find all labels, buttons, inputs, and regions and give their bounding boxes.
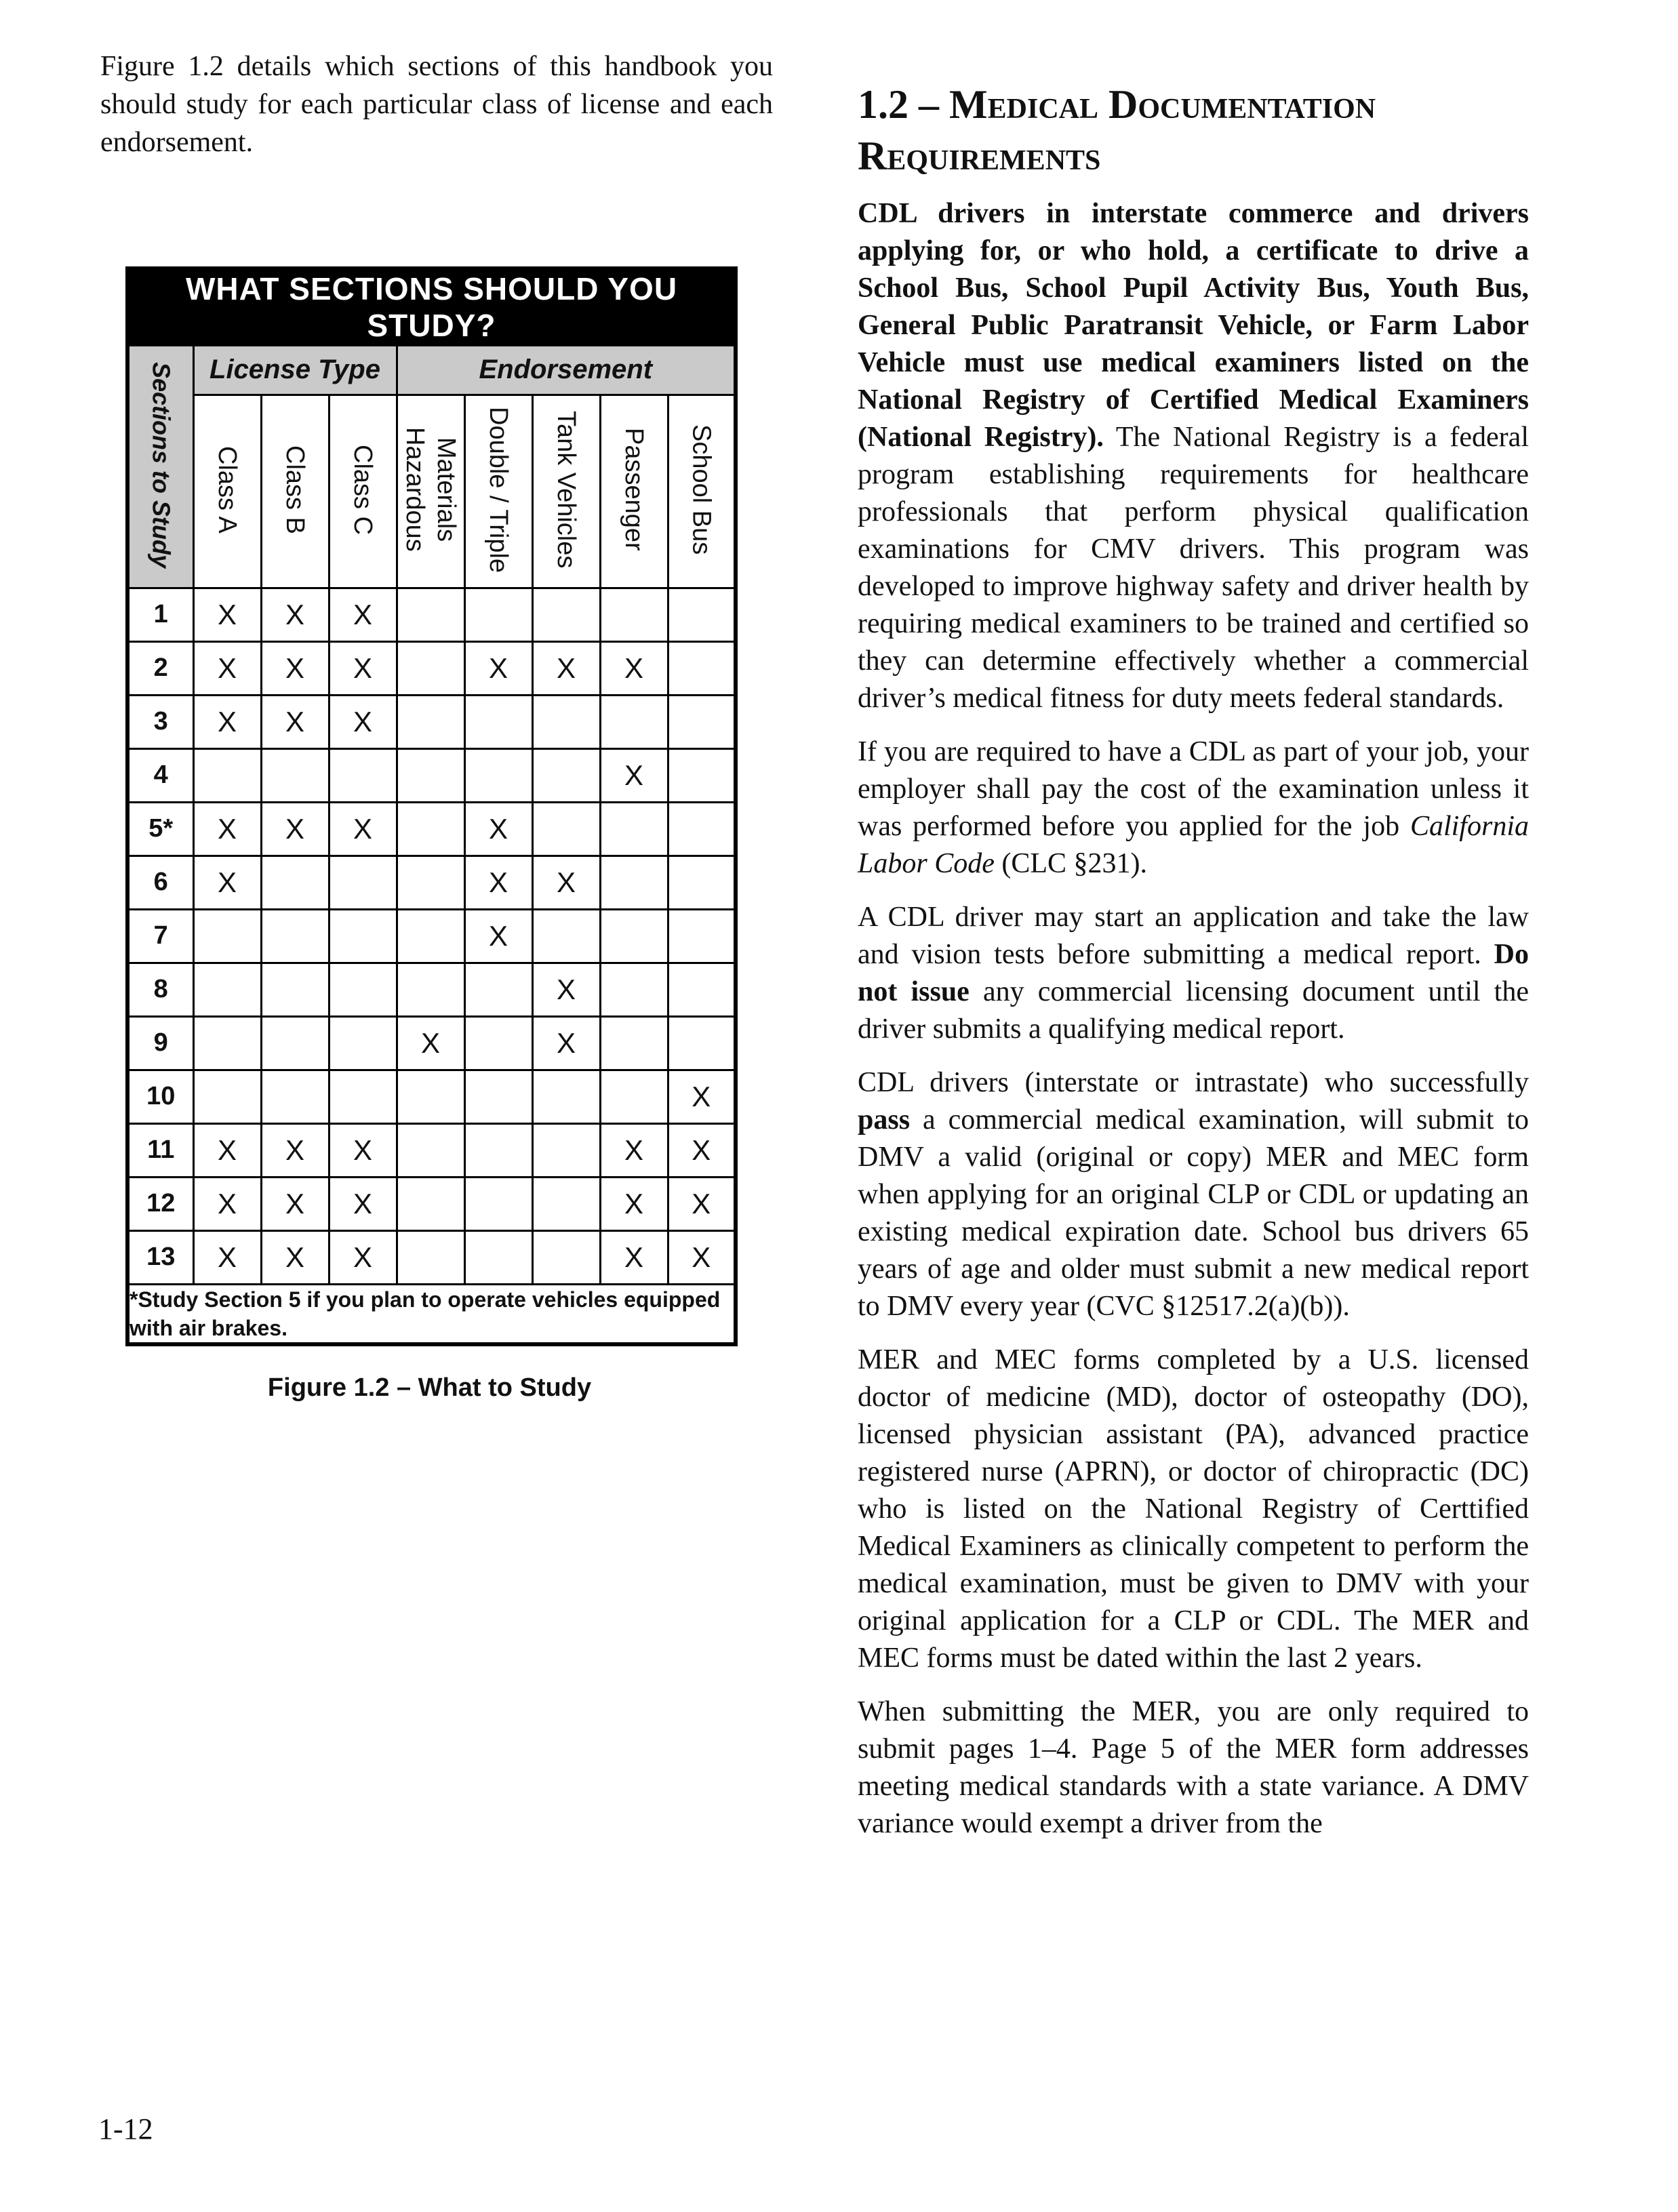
column-label: Class C	[347, 445, 378, 535]
empty-cell	[668, 641, 736, 695]
section-number: 10	[127, 1070, 193, 1123]
empty-cell	[193, 1070, 261, 1123]
table-row: 4X	[127, 748, 736, 802]
study-mark-cell: X	[532, 1016, 600, 1070]
empty-cell	[532, 748, 600, 802]
empty-cell	[668, 588, 736, 641]
empty-cell	[668, 748, 736, 802]
empty-cell	[397, 748, 464, 802]
empty-cell	[668, 802, 736, 856]
section-number: 11	[127, 1123, 193, 1177]
table-row: 12XXXXX	[127, 1177, 736, 1230]
study-mark-cell: X	[668, 1123, 736, 1177]
empty-cell	[397, 1123, 464, 1177]
study-mark-cell: X	[193, 641, 261, 695]
study-mark-cell: X	[329, 802, 397, 856]
empty-cell	[532, 588, 600, 641]
section-number: 12	[127, 1177, 193, 1230]
empty-cell	[532, 909, 600, 963]
column-label: School Bus	[685, 424, 717, 555]
study-mark-cell: X	[600, 1177, 668, 1230]
study-mark-cell: X	[261, 1230, 329, 1284]
body-paragraph: A CDL driver may start an application an…	[858, 899, 1529, 1048]
empty-cell	[397, 1070, 464, 1123]
study-mark-cell: X	[261, 802, 329, 856]
study-mark-cell: X	[193, 1177, 261, 1230]
study-mark-cell: X	[600, 1230, 668, 1284]
empty-cell	[600, 856, 668, 909]
empty-cell	[261, 963, 329, 1016]
study-mark-cell: X	[261, 1177, 329, 1230]
handbook-page: Figure 1.2 details which sections of thi…	[0, 0, 1678, 2212]
empty-cell	[193, 1016, 261, 1070]
column-label-cell: Passenger	[600, 395, 668, 588]
empty-cell	[397, 963, 464, 1016]
column-label-cell: Class B	[261, 395, 329, 588]
table-row: 7X	[127, 909, 736, 963]
column-label: Passenger	[618, 428, 650, 551]
section-number: 2	[127, 641, 193, 695]
text-run: (CLC §231).	[995, 848, 1147, 879]
empty-cell	[329, 748, 397, 802]
column-label: Class A	[212, 446, 243, 534]
column-label: Double / Triple	[483, 407, 514, 573]
text-run: a commercial medical examination, will s…	[858, 1104, 1529, 1322]
empty-cell	[532, 802, 600, 856]
table-footnote: *Study Section 5 if you plan to operate …	[127, 1284, 736, 1344]
empty-cell	[600, 1070, 668, 1123]
study-mark-cell: X	[261, 588, 329, 641]
table-row: 6XXX	[127, 856, 736, 909]
section-number: 9	[127, 1016, 193, 1070]
group-header-row: Sections to Study License Type Endorseme…	[127, 345, 736, 395]
empty-cell	[464, 963, 532, 1016]
empty-cell	[329, 963, 397, 1016]
body-paragraph: MER and MEC forms completed by a U.S. li…	[858, 1342, 1529, 1677]
table-title: WHAT SECTIONS SHOULD YOU STUDY?	[127, 268, 736, 345]
study-mark-cell: X	[193, 856, 261, 909]
column-label-cell: Hazardous Materials	[397, 395, 464, 588]
column-label-cell: School Bus	[668, 395, 736, 588]
study-mark-cell: X	[193, 1123, 261, 1177]
text-run: CDL drivers (interstate or intrastate) w…	[858, 1067, 1529, 1098]
empty-cell	[464, 1016, 532, 1070]
empty-cell	[600, 963, 668, 1016]
column-labels-row: Class AClass BClass CHazardous Materials…	[127, 395, 736, 588]
column-label: Class B	[279, 445, 311, 534]
study-mark-cell: X	[600, 748, 668, 802]
empty-cell	[600, 909, 668, 963]
table-row: 10X	[127, 1070, 736, 1123]
empty-cell	[600, 1016, 668, 1070]
text-run: MER and MEC forms completed by a U.S. li…	[858, 1344, 1529, 1674]
empty-cell	[397, 1230, 464, 1284]
study-mark-cell: X	[532, 963, 600, 1016]
sections-to-study-label: Sections to Study	[147, 362, 174, 568]
study-mark-cell: X	[668, 1070, 736, 1123]
study-mark-cell: X	[532, 641, 600, 695]
empty-cell	[532, 1123, 600, 1177]
empty-cell	[532, 1070, 600, 1123]
empty-cell	[600, 588, 668, 641]
section-number: 8	[127, 963, 193, 1016]
column-label: Hazardous Materials	[399, 398, 462, 581]
study-mark-cell: X	[600, 1123, 668, 1177]
figure-caption: Figure 1.2 – What to Study	[125, 1373, 734, 1403]
section-number: 3	[127, 695, 193, 748]
section-number: 7	[127, 909, 193, 963]
endorsement-header: Endorsement	[397, 345, 736, 395]
study-mark-cell: X	[600, 641, 668, 695]
bold-text: pass	[858, 1104, 910, 1135]
empty-cell	[668, 909, 736, 963]
empty-cell	[397, 695, 464, 748]
study-mark-cell: X	[329, 1177, 397, 1230]
empty-cell	[668, 856, 736, 909]
empty-cell	[464, 1070, 532, 1123]
body-paragraph: CDL drivers in interstate commerce and d…	[858, 195, 1529, 717]
column-label-cell: Tank Vehicles	[532, 395, 600, 588]
study-table-area: WHAT SECTIONS SHOULD YOU STUDY? Sections…	[125, 266, 734, 1403]
section-number: 1	[127, 588, 193, 641]
study-mark-cell: X	[329, 588, 397, 641]
body-paragraph: When submitting the MER, you are only re…	[858, 1693, 1529, 1843]
section-heading: 1.2 – Medical Documentation Requirements	[858, 79, 1529, 182]
section-number: 6	[127, 856, 193, 909]
study-mark-cell: X	[397, 1016, 464, 1070]
empty-cell	[397, 856, 464, 909]
text-run: The National Registry is a federal progr…	[858, 422, 1529, 714]
study-mark-cell: X	[668, 1177, 736, 1230]
study-mark-cell: X	[329, 1230, 397, 1284]
study-mark-cell: X	[261, 695, 329, 748]
bold-text: CDL drivers in interstate commerce and d…	[858, 198, 1529, 453]
body-paragraph: CDL drivers (interstate or intrastate) w…	[858, 1064, 1529, 1325]
article-column: 1.2 – Medical Documentation Requirements…	[858, 79, 1529, 1859]
empty-cell	[261, 856, 329, 909]
sections-to-study-header: Sections to Study	[127, 345, 193, 588]
study-mark-cell: X	[532, 856, 600, 909]
empty-cell	[261, 1070, 329, 1123]
study-mark-cell: X	[193, 1230, 261, 1284]
study-mark-cell: X	[329, 641, 397, 695]
table-row: 5*XXXX	[127, 802, 736, 856]
intro-paragraph: Figure 1.2 details which sections of thi…	[100, 47, 773, 161]
study-mark-cell: X	[464, 856, 532, 909]
study-mark-cell: X	[668, 1230, 736, 1284]
column-label-cell: Class C	[329, 395, 397, 588]
empty-cell	[397, 1177, 464, 1230]
empty-cell	[464, 1123, 532, 1177]
empty-cell	[261, 1016, 329, 1070]
article-paragraphs: CDL drivers in interstate commerce and d…	[858, 195, 1529, 1843]
study-mark-cell: X	[329, 1123, 397, 1177]
study-mark-cell: X	[329, 695, 397, 748]
study-mark-cell: X	[464, 802, 532, 856]
empty-cell	[532, 1230, 600, 1284]
column-label-cell: Double / Triple	[464, 395, 532, 588]
study-mark-cell: X	[193, 695, 261, 748]
empty-cell	[261, 748, 329, 802]
empty-cell	[329, 1016, 397, 1070]
study-mark-cell: X	[464, 909, 532, 963]
table-row: 9XX	[127, 1016, 736, 1070]
study-mark-cell: X	[193, 802, 261, 856]
empty-cell	[464, 1230, 532, 1284]
license-type-header: License Type	[193, 345, 397, 395]
study-mark-cell: X	[193, 588, 261, 641]
page-number: 1-12	[98, 2112, 153, 2146]
empty-cell	[193, 909, 261, 963]
table-row: 13XXXXX	[127, 1230, 736, 1284]
column-label-cell: Class A	[193, 395, 261, 588]
empty-cell	[193, 963, 261, 1016]
study-mark-cell: X	[261, 641, 329, 695]
empty-cell	[532, 1177, 600, 1230]
text-run: When submitting the MER, you are only re…	[858, 1696, 1529, 1839]
empty-cell	[464, 695, 532, 748]
study-sections-table: WHAT SECTIONS SHOULD YOU STUDY? Sections…	[125, 266, 738, 1346]
footnote-row: *Study Section 5 if you plan to operate …	[127, 1284, 736, 1344]
empty-cell	[397, 641, 464, 695]
table-row: 11XXXXX	[127, 1123, 736, 1177]
table-row: 8X	[127, 963, 736, 1016]
empty-cell	[397, 909, 464, 963]
table-row: 3XXX	[127, 695, 736, 748]
study-mark-cell: X	[261, 1123, 329, 1177]
empty-cell	[464, 1177, 532, 1230]
body-paragraph: If you are required to have a CDL as par…	[858, 733, 1529, 883]
empty-cell	[600, 802, 668, 856]
empty-cell	[532, 695, 600, 748]
empty-cell	[397, 588, 464, 641]
table-row: 1XXX	[127, 588, 736, 641]
column-label: Tank Vehicles	[551, 411, 582, 568]
table-row: 2XXXXXX	[127, 641, 736, 695]
empty-cell	[329, 856, 397, 909]
empty-cell	[261, 909, 329, 963]
empty-cell	[668, 963, 736, 1016]
table-title-row: WHAT SECTIONS SHOULD YOU STUDY?	[127, 268, 736, 345]
empty-cell	[464, 748, 532, 802]
section-number: 4	[127, 748, 193, 802]
empty-cell	[397, 802, 464, 856]
empty-cell	[668, 695, 736, 748]
empty-cell	[193, 748, 261, 802]
empty-cell	[668, 1016, 736, 1070]
section-number: 13	[127, 1230, 193, 1284]
empty-cell	[464, 588, 532, 641]
section-number: 5*	[127, 802, 193, 856]
empty-cell	[329, 909, 397, 963]
text-run: A CDL driver may start an application an…	[858, 902, 1529, 970]
empty-cell	[329, 1070, 397, 1123]
empty-cell	[600, 695, 668, 748]
table-body: 1XXX2XXXXXX3XXX4X5*XXXX6XXX7X8X9XX10X11X…	[127, 588, 736, 1284]
study-mark-cell: X	[464, 641, 532, 695]
